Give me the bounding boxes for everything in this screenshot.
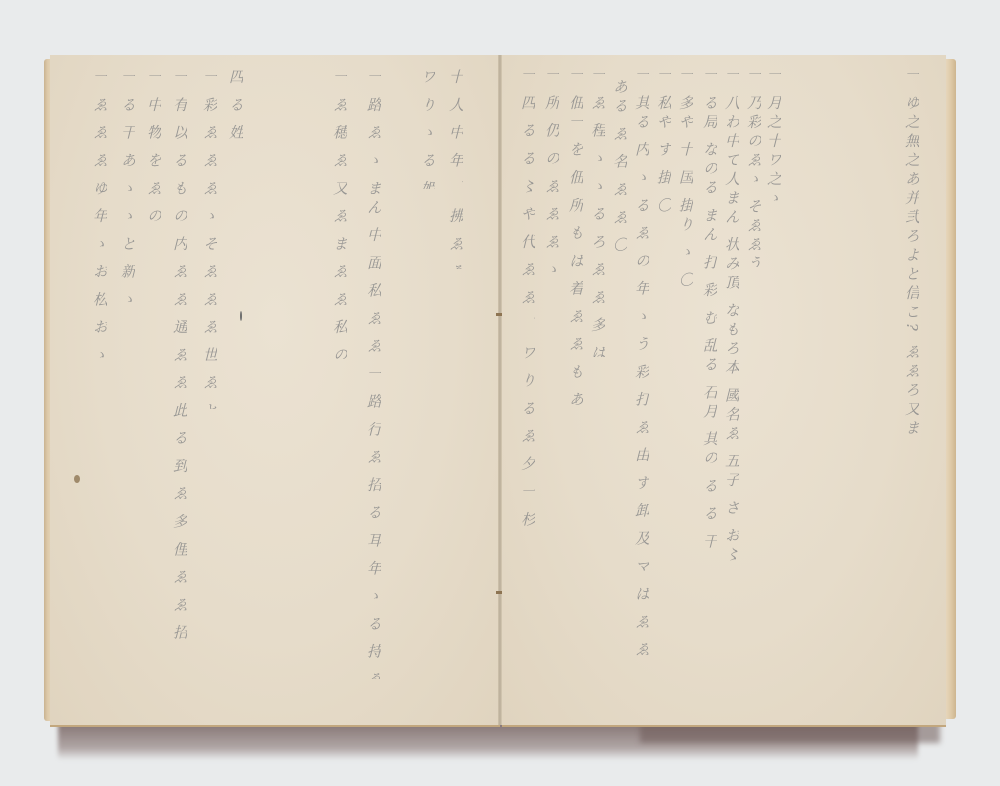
handwritten-column: 一 る 干 あ ゝ ゝ と 新 ゝ 中 年 伯 ゑ [120, 69, 135, 319]
handwritten-column: 一 私や す 掛 〇 [656, 67, 671, 307]
open-notebook: 十 人 中 年 、 拂 ゑ ゑ の ワ り ゝ る 姫 一 路 ゑ ゝ まん 中… [44, 55, 956, 725]
handwritten-column: 一 ゑ 程 ゝ ゝ る ろ ゑ ゑ 多 は [590, 67, 605, 357]
handwritten-column: 一 月之十ワ之ゝ [766, 67, 781, 207]
left-page: 十 人 中 年 、 拂 ゑ ゑ の ワ り ゝ る 姫 一 路 ゑ ゝ まん 中… [50, 55, 500, 727]
handwritten-column: ワ り ゝ る 姫 [420, 69, 435, 189]
paper-spot [74, 475, 80, 483]
handwritten-column: 一 中 物 を ゑ の ま [146, 69, 161, 229]
handwritten-column: 一 彩 ゑ ゑ ゑ ゝ そ ゑ ゑ ゑ 世 ゑ と 為 ま ゝ [202, 69, 217, 409]
handwritten-column: 一 乃彩のゑゝ そゑゑう まは あるろるの [746, 67, 761, 267]
handwritten-column: ある ゑ 名 ゑ ゑ 〇 [612, 79, 627, 259]
handwritten-column: 一 所 仍 の ゑ ゑ ゑ ゝ は [544, 67, 559, 287]
handwritten-column: 一 ゆ之無之あ并弐ろよと信こ? ゑゑろ又まは [904, 67, 919, 437]
handwritten-column: 一 ゑ ゑ ゑ ゆ 年 ゝ お 松 お ゝ 又 伯 書 [92, 69, 107, 369]
handwritten-column: 一 其る 内 ゝ る ゑ の 年 ゝ う 彩 打 ゑ 由 す 卸 及 マ は ゑ… [634, 67, 649, 667]
handwritten-column: 一 有 以 る も の 内 ゑ ゑ 通 ゑ ゑ 此 る 到 ゑ 多 俚 ゑ ゑ … [172, 69, 187, 649]
handwritten-column: 一 る局 なのる まん 打 彩 む 乱る 石月 其の る る 干 [702, 67, 717, 647]
handwritten-column: 一 八わ中て人まん 状み頂 なもろ本 國名ゑ 五子 さ お〻 [724, 67, 739, 567]
handwritten-column: 一 多や 十 国 掛り ゝ 〇 [678, 67, 693, 307]
handwritten-column: 十 人 中 年 、 拂 ゑ ゑ の [448, 69, 463, 269]
page-stack-edge-right [946, 59, 956, 719]
handwritten-column: 一 路 ゑ ゝ まん 中 面 私 ゑ ゑ 一 路 行 ゑ 招 る 耳 年 ゝ る… [366, 69, 381, 679]
right-page: 一 ゆ之無之あ并弐ろよと信こ? ゑゑろ又まは 一 月之十ワ之ゝ 一 乃彩のゑゝ … [502, 55, 946, 727]
handwritten-column: 一 ゑ 穂 ゑ 又 ゑ ま ゑ ゑ 私 の 年 [332, 69, 347, 359]
handwritten-column: 四 る 姓 [228, 69, 243, 149]
pencil-mark [240, 311, 242, 321]
handwritten-column: 一 四 る る 〻 や 代 ゑ ゑ 、 ワ り る ゑ 夕 一 杉 み ゑ 好 … [520, 67, 535, 537]
handwritten-column: 一 佃一 を 佃 所 も は 着 ゑ ゑ も あ [568, 67, 583, 407]
